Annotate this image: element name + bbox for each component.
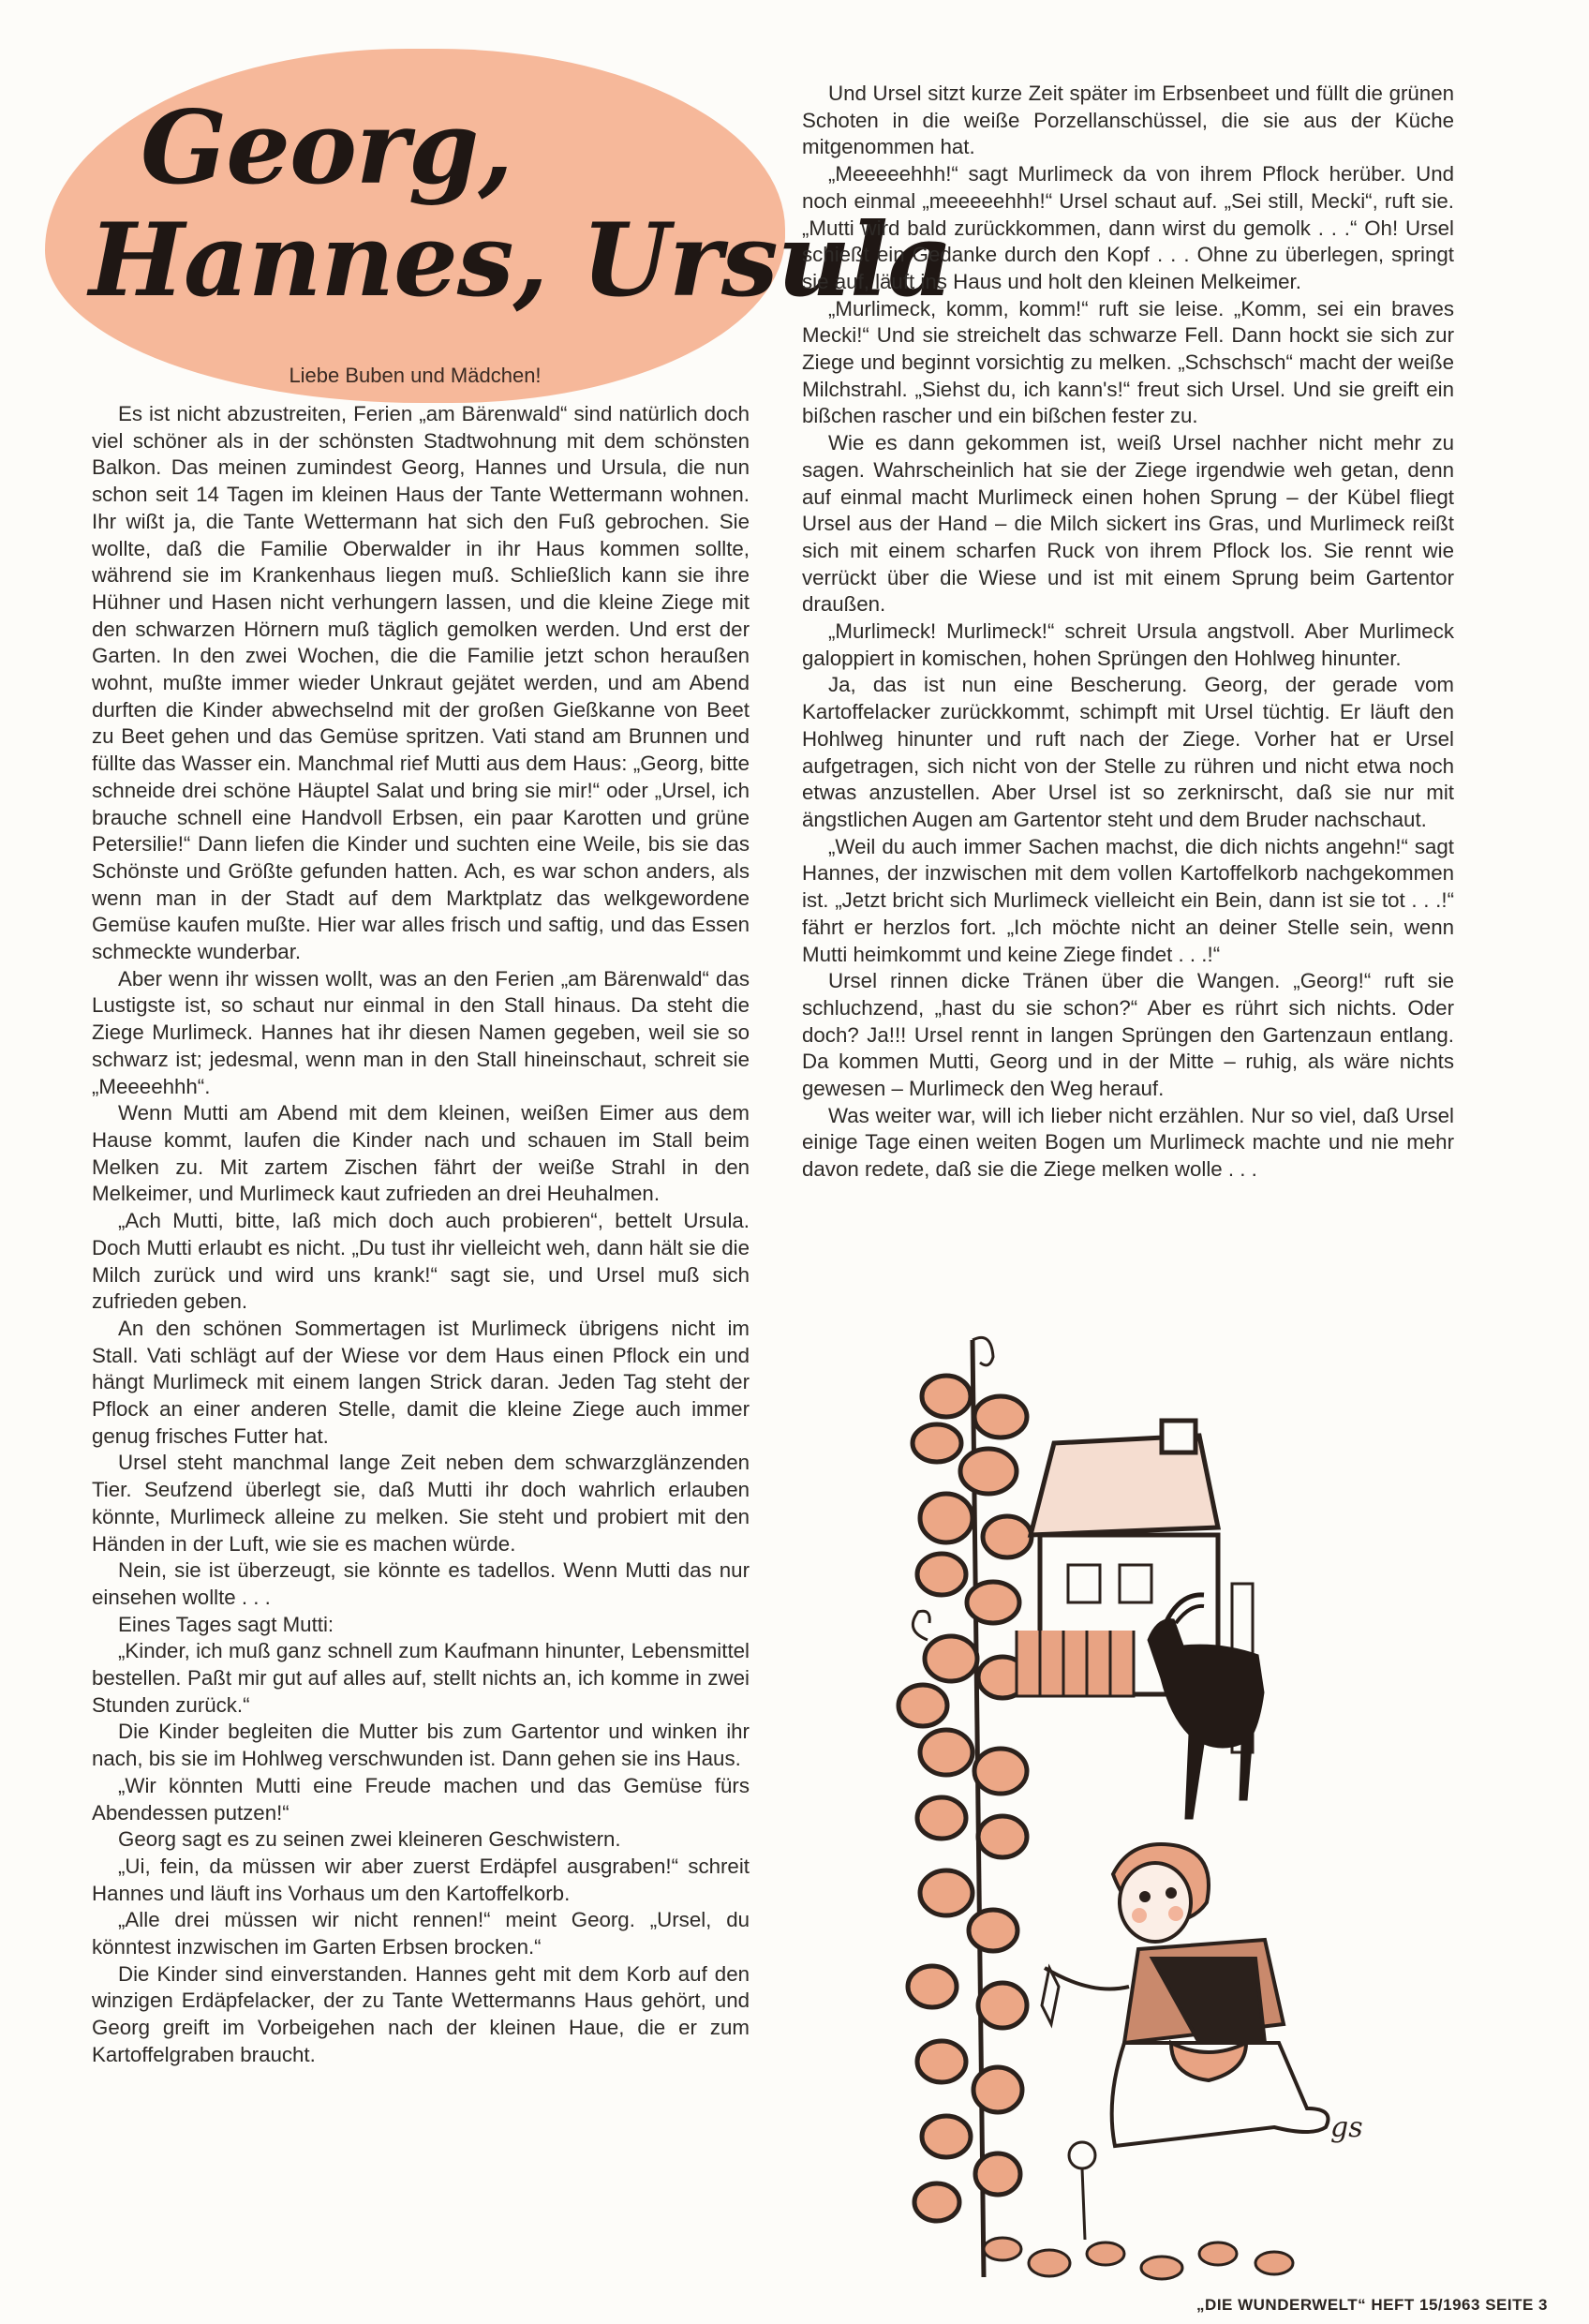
paragraph: Nein, sie ist überzeugt, sie könnte es t… <box>92 1557 750 1611</box>
page-footer-citation: „DIE WUNDERWELT“ HEFT 15/1963 SEITE 3 <box>1196 2296 1548 2315</box>
paragraph: „Meeeeehhh!“ sagt Murlimeck da von ihrem… <box>802 161 1454 296</box>
girl-picking-peas-icon <box>1042 1844 1329 2146</box>
paragraph: Was weiter war, will ich lieber nicht er… <box>802 1103 1454 1184</box>
paragraph: Ursel rinnen dicke Tränen über die Wange… <box>802 968 1454 1103</box>
paragraph: Wenn Mutti am Abend mit dem kleinen, wei… <box>92 1100 750 1208</box>
paragraph: „Murlimeck! Murlimeck!“ schreit Ursula a… <box>802 618 1454 672</box>
story-column-right: Und Ursel sitzt kurze Zeit später im Erb… <box>802 81 1454 1184</box>
paragraph: „Ach Mutti, bitte, laß mich doch auch pr… <box>92 1208 750 1316</box>
paragraph: „Weil du auch immer Sachen machst, die d… <box>802 834 1454 969</box>
paragraph: Aber wenn ihr wissen wollt, was an den F… <box>92 966 750 1101</box>
paragraph: „Ui, fein, da müssen wir aber zuerst Erd… <box>92 1854 750 1907</box>
headline-line-1: Georg, <box>141 89 512 207</box>
paragraph: Es ist nicht abzustreiten, Ferien „am Bä… <box>92 401 750 966</box>
paragraph: Georg sagt es zu seinen zwei kleineren G… <box>92 1826 750 1854</box>
paragraph: „Kinder, ich muß ganz schnell zum Kaufma… <box>92 1638 750 1719</box>
story-illustration: gs <box>890 1331 1415 2305</box>
bean-vine-icon <box>898 1337 1032 2277</box>
paragraph: „Murlimeck, komm, komm!“ ruft sie leise.… <box>802 296 1454 431</box>
garden-flowers-icon <box>984 2142 1293 2279</box>
story-column-left: Es ist nicht abzustreiten, Ferien „am Bä… <box>92 401 750 2069</box>
paragraph: Ursel steht manchmal lange Zeit neben de… <box>92 1450 750 1557</box>
paragraph: Die Kinder begleiten die Mutter bis zum … <box>92 1719 750 1772</box>
paragraph: Ja, das ist nun eine Bescherung. Georg, … <box>802 672 1454 833</box>
paragraph: Wie es dann gekommen ist, weiß Ursel nac… <box>802 430 1454 618</box>
salutation: Liebe Buben und Mädchen! <box>0 364 830 388</box>
paragraph: Und Ursel sitzt kurze Zeit später im Erb… <box>802 81 1454 161</box>
paragraph: Die Kinder sind einverstanden. Hannes ge… <box>92 1961 750 2069</box>
artist-signature: gs <box>1330 2111 1363 2144</box>
paragraph: Eines Tages sagt Mutti: <box>92 1612 750 1639</box>
paragraph: „Wir könnten Mutti eine Freude machen un… <box>92 1773 750 1826</box>
paragraph: „Alle drei müssen wir nicht rennen!“ mei… <box>92 1907 750 1960</box>
girl-goat-cottage-illustration: gs <box>890 1331 1415 2305</box>
paragraph: An den schönen Sommertagen ist Murlimeck… <box>92 1316 750 1451</box>
